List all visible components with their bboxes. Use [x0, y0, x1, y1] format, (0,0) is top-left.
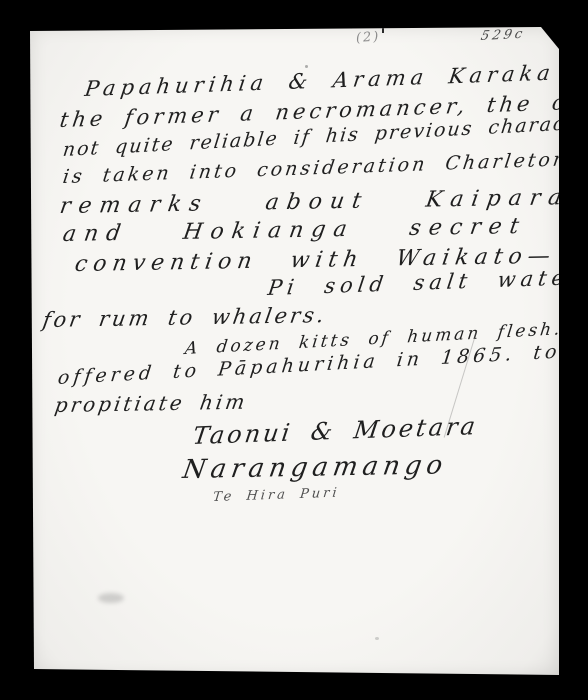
- manuscript-page: (2) 529c Papahurihia & Arama Karaka Pi t…: [30, 27, 559, 676]
- pencil-smudge: [98, 593, 124, 603]
- handwritten-line-propitiate: propitiate him: [53, 390, 249, 417]
- paper-speck: [305, 65, 308, 68]
- signature-taonui-moetara: Taonui & Moetara: [191, 412, 480, 450]
- signature-narangamango: Narangamango: [181, 450, 450, 485]
- paper-speck: [375, 637, 379, 640]
- page-number-annotation: (2): [355, 29, 380, 46]
- reference-number: 529c: [480, 27, 527, 44]
- handwritten-line-hokianga: and Hokianga secret: [61, 214, 529, 247]
- scanner-background: (2) 529c Papahurihia & Arama Karaka Pi t…: [0, 0, 588, 700]
- handwritten-line-whalers: for rum to whalers.: [41, 303, 328, 332]
- signature-te-hira-puri: Te Hira Puri: [212, 486, 340, 505]
- scan-tick-mark: [382, 27, 384, 33]
